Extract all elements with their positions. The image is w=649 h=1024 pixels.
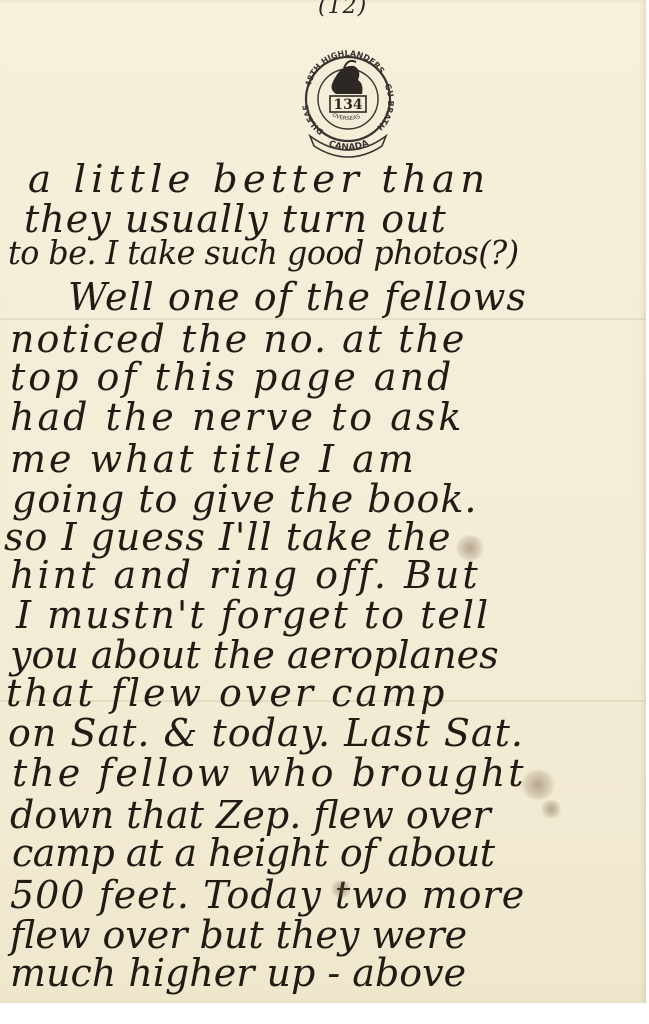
handwritten-line: noticed the no. at the (10, 320, 466, 358)
handwritten-line: hint and ring off. But (10, 556, 481, 594)
handwritten-line: that flew over camp (6, 674, 447, 712)
handwritten-line: a little better than (28, 160, 490, 198)
ink-stain (540, 800, 562, 818)
handwritten-line: going to give the book. (12, 480, 477, 518)
handwritten-line: top of this page and (10, 358, 454, 396)
handwritten-line: had the nerve to ask (10, 398, 464, 436)
handwritten-line: 500 feet. Today two more (10, 876, 525, 914)
handwritten-line: flew over but they were (10, 916, 467, 954)
handwritten-line: on Sat. & today. Last Sat. (8, 714, 524, 752)
handwritten-line: much higher up - above (10, 954, 466, 992)
handwritten-line: camp at a height of about (12, 834, 495, 872)
regimental-crest-icon: 48TH HIGHLANDERS DILEAS GU BRATH 134 OVE… (296, 44, 400, 158)
handwritten-line: I mustn't forget to tell (16, 596, 490, 634)
handwritten-line: me what title I am (10, 440, 417, 478)
letter-page: (12) 48TH HIGHLANDERS DILEAS GU BRATH (0, 0, 646, 1003)
svg-text:134: 134 (333, 97, 362, 113)
handwritten-line: so I guess I'll take the (4, 518, 452, 556)
handwritten-line: down that Zep. flew over (10, 796, 491, 834)
handwritten-line: you about the aeroplanes (10, 636, 499, 674)
ink-stain (330, 880, 352, 898)
handwritten-line: Well one of the fellows (68, 278, 527, 316)
ink-stain (455, 535, 485, 561)
handwritten-line: to be. I take such good photos(?) (8, 236, 519, 269)
handwritten-line: the fellow who brought (12, 754, 527, 792)
page-number: (12) (318, 0, 367, 19)
ink-stain (520, 770, 556, 800)
